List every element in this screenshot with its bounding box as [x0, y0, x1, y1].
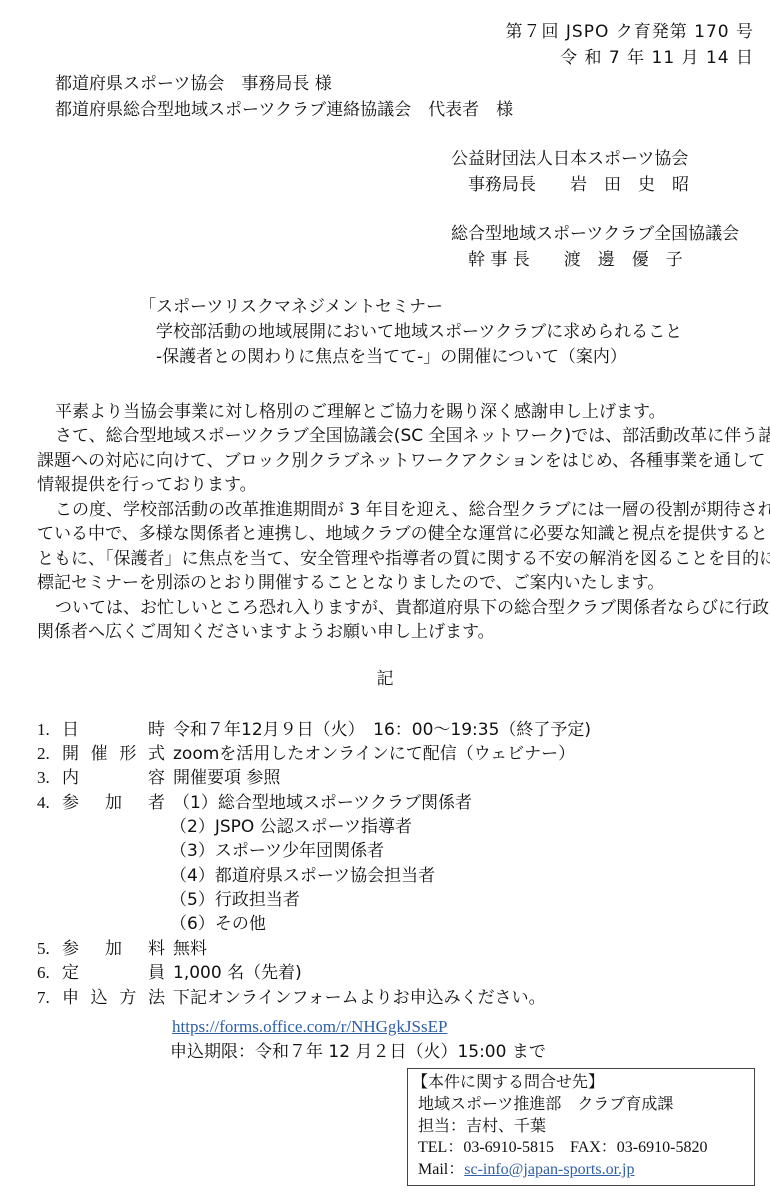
item-label: 開催形式	[62, 742, 165, 766]
body-line: ている中で、多様な関係者と連携し、地域クラブの健全な運営に必要な知識と視点を提供…	[37, 522, 755, 546]
document-number: 第７回 JSPO ク育発第 170 号	[506, 20, 755, 44]
application-deadline: 申込期限：令和７年 12 月２日（火）15:00 まで	[170, 1040, 546, 1064]
body-line: ともに、「保護者」に焦点を当て、安全管理や指導者の質に関する不安の解消を図ること…	[37, 547, 755, 571]
participant-5: （5）行政担当者	[170, 888, 300, 912]
body-line: この度、学校部活動の改革推進期間が 3 年目を迎え、総合型クラブには一層の役割が…	[37, 498, 770, 522]
item-label: 内容	[62, 766, 165, 790]
body-line: 平素より当協会事業に対し格別のご理解とご協力を賜り深く感謝申し上げます。	[37, 400, 770, 424]
contact-box: 【本件に関する問合せ先】 地域スポーツ推進部 クラブ育成課 担当：吉村、千葉 T…	[407, 1068, 755, 1186]
contact-email-link[interactable]: sc-info@japan-sports.or.jp	[464, 1161, 634, 1178]
body-line: 標記セミナーを別添のとおり開催することとなりましたので、ご案内いたします。	[37, 571, 755, 595]
item-value: （1）総合型地域スポーツクラブ関係者	[165, 791, 472, 815]
body-line: 関係者へ広くご周知くださいますようお願い申し上げます。	[37, 620, 755, 644]
addressee-2: 都道府県総合型地域スポーツクラブ連絡協議会 代表者 様	[55, 98, 513, 122]
item-value: 1,000 名（先着)	[165, 961, 302, 985]
title-line-3: -保護者との関わりに焦点を当てて-」の開催について（案内）	[139, 345, 627, 369]
participant-4: （4）都道府県スポーツ協会担当者	[170, 864, 435, 888]
item-capacity: 6. 定員 1,000 名（先着)	[37, 961, 302, 985]
body-line: 情報提供を行っております。	[37, 473, 755, 497]
addressee-1: 都道府県スポーツ協会 事務局長 様	[55, 72, 332, 96]
item-content: 3. 内容 開催要項 参照	[37, 766, 280, 790]
ki-heading: 記	[0, 667, 770, 691]
item-date: 1. 日時 令和７年12月９日（火） 16：00～19:35（終了予定)	[37, 718, 591, 742]
item-fee: 5. 参加料 無料	[37, 937, 207, 961]
application-form-link[interactable]: https://forms.office.com/r/NHGgkJSsEP	[172, 1017, 447, 1036]
item-value: 無料	[165, 937, 207, 961]
item-value: 開催要項 参照	[165, 766, 280, 790]
participant-2: （2）JSPO 公認スポーツ指導者	[170, 815, 412, 839]
contact-staff: 担当：吉村、千葉	[418, 1115, 546, 1137]
item-application: 7. 申込方法 下記オンラインフォームよりお申込みください。	[37, 986, 546, 1010]
item-label: 定員	[62, 961, 165, 985]
item-value: zoomを活用したオンラインにて配信（ウェビナー）	[165, 742, 575, 766]
mail-label: Mail：	[418, 1161, 464, 1178]
contact-phone-fax: TEL：03-6910-5815 FAX：03-6910-5820	[418, 1137, 707, 1159]
body-line: 課題への対応に向けて、ブロック別クラブネットワークアクションをはじめ、各種事業を…	[37, 449, 755, 473]
contact-mail-row: Mail：sc-info@japan-sports.or.jp	[418, 1159, 635, 1181]
title-line-2: 学校部活動の地域展開において地域スポーツクラブに求められること	[139, 320, 682, 344]
sender-1-org: 公益財団法人日本スポーツ協会	[451, 147, 688, 171]
participant-3: （3）スポーツ少年団関係者	[170, 839, 384, 863]
sender-1-name: 事務局長 岩 田 史 昭	[451, 173, 689, 197]
sender-2-org: 総合型地域スポーツクラブ全国協議会	[451, 222, 739, 246]
item-value: 下記オンラインフォームよりお申込みください。	[165, 986, 546, 1010]
participant-6: （6）その他	[170, 912, 266, 936]
title-line-1: 「スポーツリスクマネジメントセミナー	[139, 295, 443, 319]
item-value: 令和７年12月９日（火） 16：00～19:35（終了予定)	[165, 718, 591, 742]
document-date: 令 和 7 年 11 月 14 日	[560, 46, 754, 70]
sender-2-name: 幹 事 長 渡 邊 優 子	[451, 248, 683, 272]
body-line: ついては、お忙しいところ恐れ入りますが、貴都道府県下の総合型クラブ関係者ならびに…	[37, 596, 770, 620]
item-label: 申込方法	[62, 986, 165, 1010]
item-label: 日時	[62, 718, 165, 742]
item-label: 参加者	[62, 791, 165, 815]
item-format: 2. 開催形式 zoomを活用したオンラインにて配信（ウェビナー）	[37, 742, 575, 766]
body-line: さて、総合型地域スポーツクラブ全国協議会(SC 全国ネットワーク)では、部活動改…	[37, 424, 770, 448]
application-url-wrapper: https://forms.office.com/r/NHGgkJSsEP	[172, 1015, 447, 1039]
item-participants: 4. 参加者 （1）総合型地域スポーツクラブ関係者	[37, 791, 472, 815]
contact-heading: 【本件に関する問合せ先】	[412, 1071, 604, 1093]
contact-dept: 地域スポーツ推進部 クラブ育成課	[418, 1093, 673, 1115]
item-label: 参加料	[62, 937, 165, 961]
